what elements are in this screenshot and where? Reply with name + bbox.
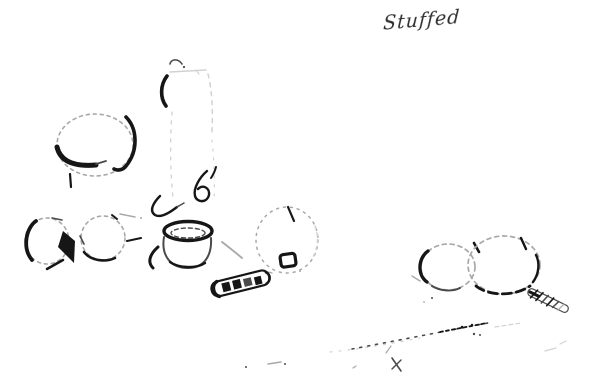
bottle-outline-sketch bbox=[162, 60, 215, 200]
cup-sketch bbox=[150, 222, 242, 269]
hatched-ruler-sketch bbox=[210, 269, 271, 298]
small-circles-row bbox=[25, 215, 141, 269]
large-circle-sketch bbox=[57, 114, 135, 187]
hatched-stick-sketch bbox=[526, 287, 570, 315]
circle-with-square-sketch bbox=[256, 207, 318, 273]
numeral-6-squiggle bbox=[195, 167, 216, 201]
diagonal-dashed-line bbox=[330, 323, 488, 352]
scattered-marks bbox=[245, 323, 566, 371]
cursive-l-stroke bbox=[120, 196, 184, 219]
sketch-svg bbox=[0, 0, 600, 377]
scanned-sketch-page: Stuffed bbox=[0, 0, 600, 377]
double-circles-sketch bbox=[412, 236, 540, 303]
